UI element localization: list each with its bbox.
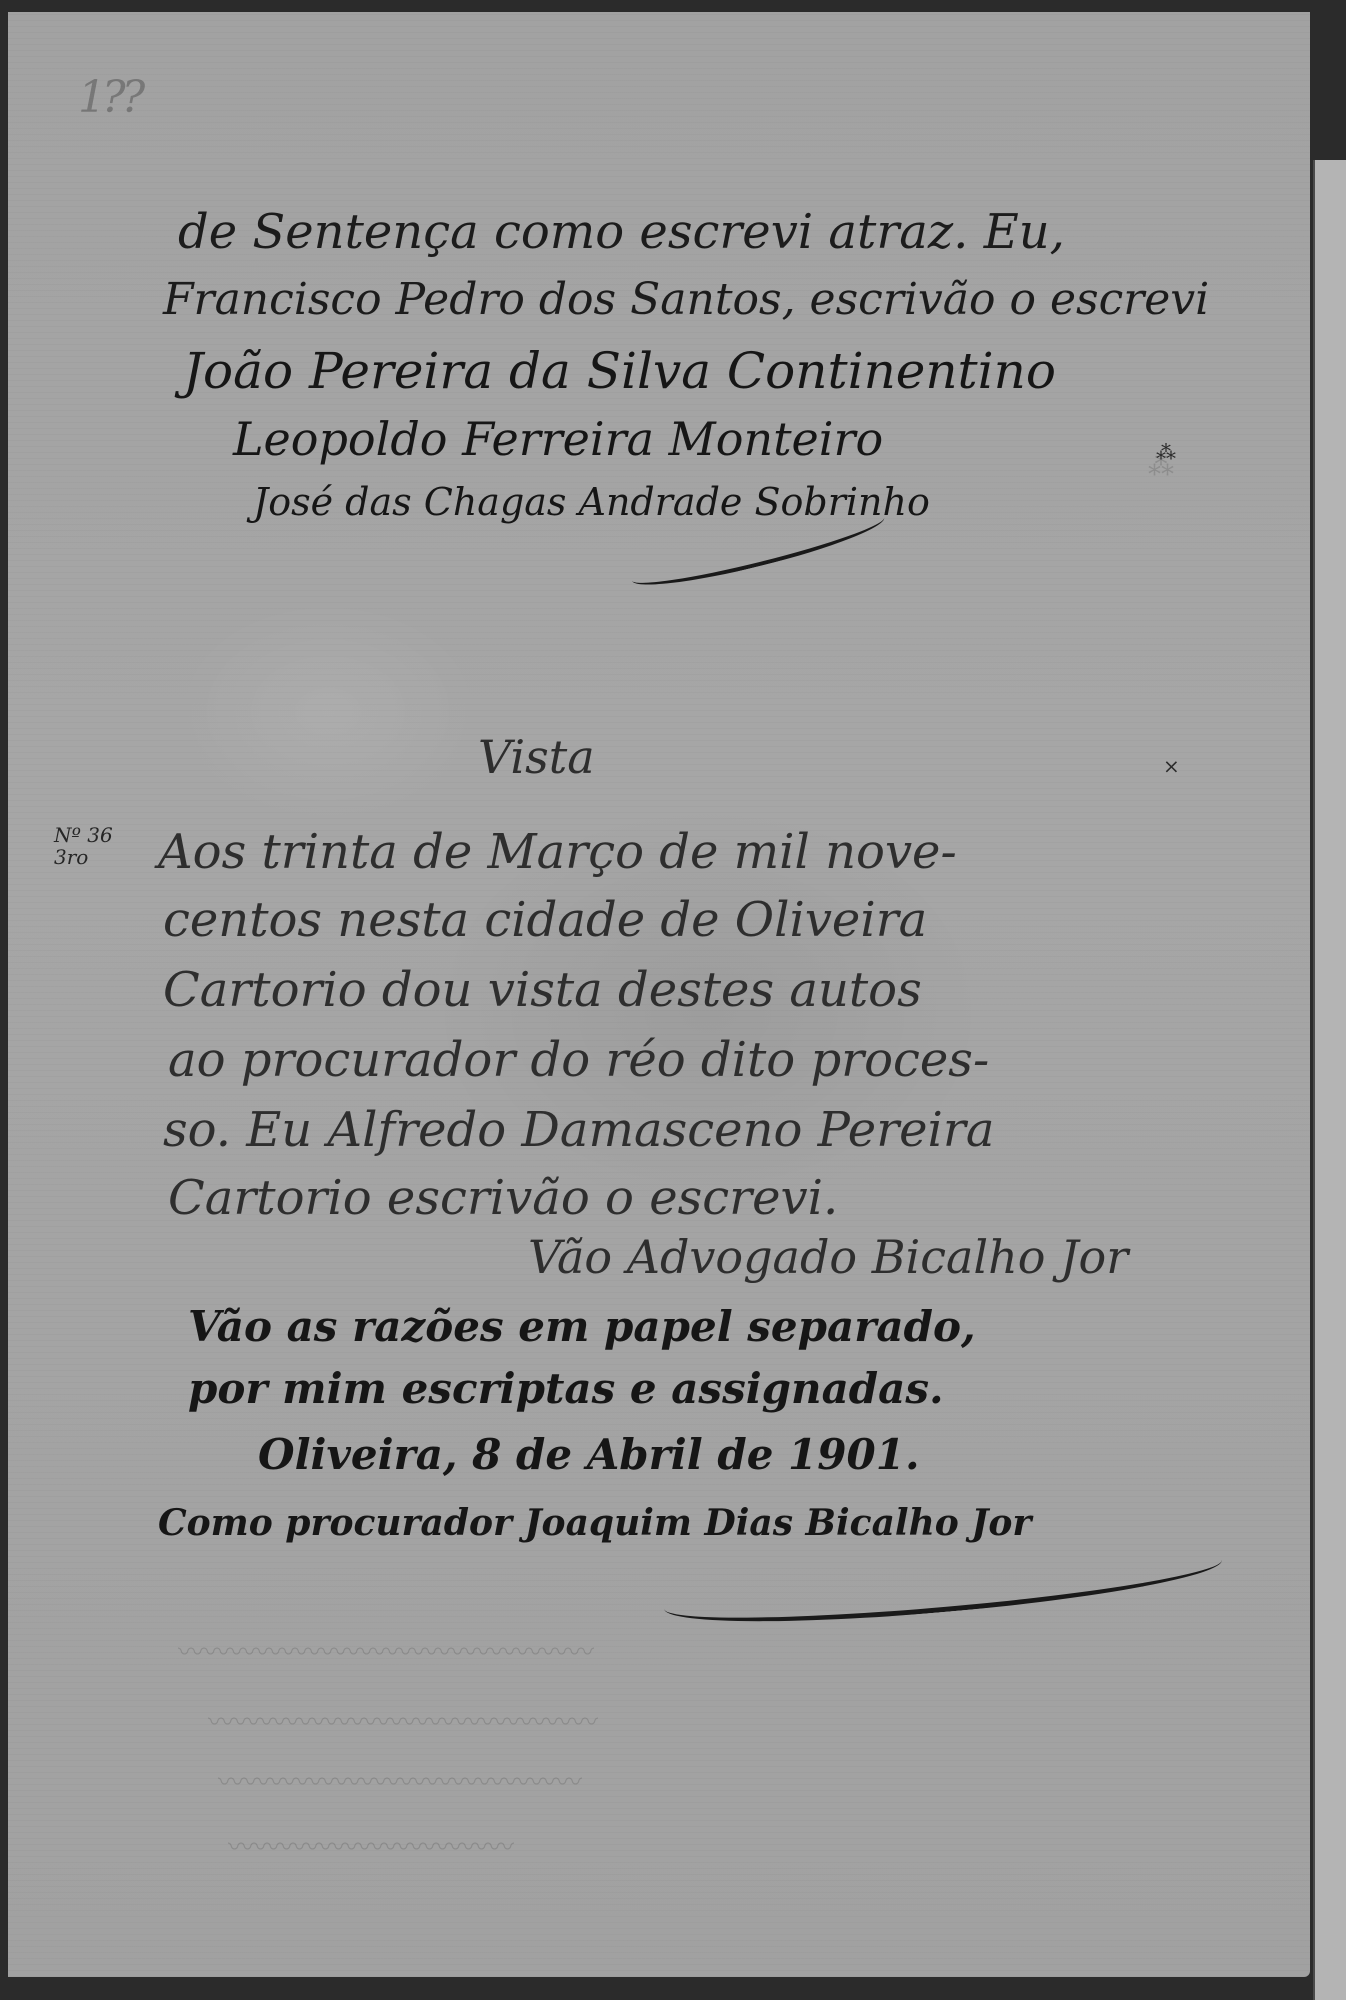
section-heading: Vista <box>478 730 595 784</box>
signature-line: João Pereira da Silva Continentino <box>183 342 1056 400</box>
folio-number: 1?? <box>78 72 141 123</box>
margin-note: Nº 36 3ro <box>54 824 113 868</box>
text-line: Cartorio escrivão o escrevi. <box>168 1170 838 1226</box>
text-line: ao procurador do réo dito proces- <box>168 1032 989 1088</box>
stray-mark: × <box>1163 754 1180 778</box>
bleed-through-text: 〰〰〰〰〰〰〰〰〰〰〰〰〰〰〰〰 <box>178 1632 594 1669</box>
scan-border <box>1313 0 1346 160</box>
text-line: centos nesta cidade de Oliveira <box>163 892 927 948</box>
date-line: Oliveira, 8 de Abril de 1901. <box>258 1430 920 1479</box>
text-line: Cartorio dou vista destes autos <box>163 962 922 1018</box>
text-line: de Sentença como escrevi atraz. Eu, <box>178 204 1065 260</box>
bleed-through-text: 〰〰〰〰〰〰〰〰〰〰〰 <box>228 1827 514 1864</box>
text-line: por mim escriptas e assignadas. <box>188 1364 944 1413</box>
signature-line: Vão Advogado Bicalho Jor <box>528 1230 1128 1284</box>
signature-line: Leopoldo Ferreira Monteiro <box>233 412 883 466</box>
text-line: Francisco Pedro dos Santos, escrivão o e… <box>163 274 1209 325</box>
manuscript-page: 1?? ⁂ de Sentença como escrevi atraz. Eu… <box>8 12 1310 1977</box>
bleed-through-text: 〰〰〰〰〰〰〰〰〰〰〰〰〰〰〰 <box>208 1702 598 1739</box>
text-line: Aos trinta de Março de mil nove- <box>158 824 957 880</box>
stray-mark: ⁂ <box>1156 440 1176 464</box>
margin-note-line: Nº 36 <box>54 824 113 846</box>
margin-note-line: 3ro <box>54 846 113 868</box>
adjacent-page-edge <box>1313 160 1346 2000</box>
signature-line: Como procurador Joaquim Dias Bicalho Jor <box>158 1502 1031 1544</box>
text-line: so. Eu Alfredo Damasceno Pereira <box>163 1102 994 1158</box>
signature-flourish <box>662 1533 1225 1637</box>
text-line: Vão as razões em papel separado, <box>188 1302 976 1351</box>
bleed-through-text: 〰〰〰〰〰〰〰〰〰〰〰〰〰〰 <box>218 1762 582 1799</box>
